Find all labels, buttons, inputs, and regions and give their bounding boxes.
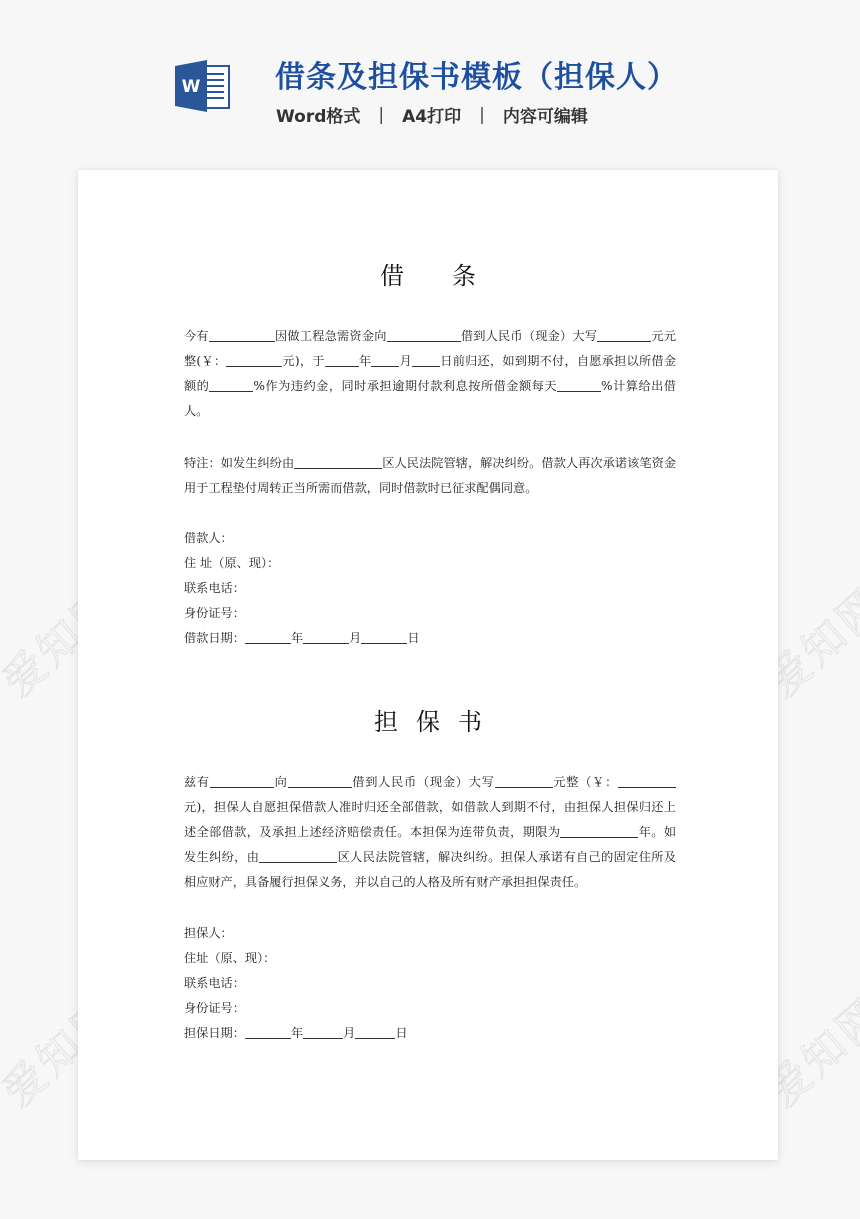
text: 向 (274, 775, 288, 789)
blank-guarantee-year[interactable] (245, 1025, 291, 1039)
guarantee-signature-fields: 担保人： 住址（原、现）： 联系电话： 身份证号： 担保日期：年月日 (184, 921, 584, 1046)
blank-month[interactable] (371, 353, 399, 367)
blank-debtor[interactable] (210, 774, 274, 788)
blank-creditor[interactable] (288, 774, 352, 788)
tag-a4-print: A4打印 (402, 102, 461, 127)
iou-signature-fields: 借款人： 住 址（原、现）： 联系电话： 身份证号： 借款日期：年月日 (184, 526, 584, 651)
loan-date-label: 借款日期： (184, 631, 245, 645)
separator: | (479, 105, 485, 125)
text: 月 (399, 354, 412, 368)
guarantor-label: 担保人： (184, 921, 584, 946)
text: 日 (395, 1026, 407, 1040)
iou-body-paragraph: 今有因做工程急需资金向借到人民币（现金）大写元元整(￥：元)，于年月日前归还，如… (184, 324, 676, 424)
blank-guarantee-day[interactable] (355, 1025, 395, 1039)
text: 月 (343, 1026, 355, 1040)
text: 年 (291, 631, 303, 645)
id-number-label: 身份证号： (184, 996, 584, 1021)
blank-year[interactable] (325, 353, 359, 367)
blank-loan-year[interactable] (245, 630, 291, 644)
blank-court-district[interactable] (259, 849, 337, 863)
text: 日 (407, 631, 419, 645)
borrower-label: 借款人： (184, 526, 584, 551)
header: W 借条及担保书模板（担保人） Word格式 | A4打印 | 内容可编辑 (0, 0, 860, 160)
guarantee-body-paragraph: 兹有向借到人民币（现金）大写元整（￥：元)，担保人自愿担保借款人准时归还全部借款… (184, 770, 676, 895)
blank-daily-interest[interactable] (557, 378, 601, 392)
iou-title: 借条 (78, 256, 778, 291)
blank-guarantee-month[interactable] (303, 1025, 343, 1039)
text: 年 (291, 1026, 303, 1040)
address-label: 住 址（原、现）： (184, 551, 584, 576)
text: 元)，于 (282, 354, 324, 368)
blank-amount-words[interactable] (597, 328, 651, 342)
text: 借到人民币（现金）大写 (461, 329, 598, 343)
format-tags: Word格式 | A4打印 | 内容可编辑 (276, 102, 588, 127)
blank-penalty-rate[interactable] (209, 378, 253, 392)
document-page: 借条 今有因做工程急需资金向借到人民币（现金）大写元元整(￥：元)，于年月日前归… (78, 170, 778, 1160)
phone-label: 联系电话： (184, 971, 584, 996)
page-title: 借条及担保书模板（担保人） (275, 52, 678, 96)
blank-loan-month[interactable] (303, 630, 349, 644)
text: 借到人民币（现金）大写 (352, 775, 495, 789)
blank-amount-number[interactable] (226, 353, 282, 367)
blank-borrower[interactable] (209, 328, 275, 342)
text: 月 (349, 631, 361, 645)
text: %作为违约金，同时承担逾期付款利息按所借金额每天 (253, 379, 557, 393)
id-number-label: 身份证号： (184, 601, 584, 626)
address-label: 住址（原、现）： (184, 946, 584, 971)
loan-date-row: 借款日期：年月日 (184, 626, 584, 651)
blank-day[interactable] (412, 353, 440, 367)
text: 今有 (184, 329, 209, 343)
blank-amount-number[interactable] (618, 774, 676, 788)
text: 特注：如发生纠纷由 (184, 456, 294, 470)
blank-guarantee-term[interactable] (560, 824, 638, 838)
blank-lender[interactable] (387, 328, 461, 342)
text: 因做工程急需资金向 (275, 329, 387, 343)
blank-amount-words[interactable] (495, 774, 553, 788)
blank-loan-day[interactable] (361, 630, 407, 644)
separator: | (378, 105, 384, 125)
tag-editable: 内容可编辑 (503, 102, 588, 127)
text: 兹有 (184, 775, 210, 789)
text: 元整（￥： (553, 775, 618, 789)
svg-text:W: W (182, 77, 201, 97)
text: 年 (359, 354, 372, 368)
guarantee-title: 担保书 (78, 702, 778, 737)
iou-special-note: 特注：如发生纠纷由区人民法院管辖，解决纠纷。借款人再次承诺该笔资金用于工程垫付周… (184, 451, 676, 501)
blank-court-district[interactable] (294, 455, 382, 469)
word-doc-icon: W (175, 60, 231, 112)
guarantee-date-row: 担保日期：年月日 (184, 1021, 584, 1046)
tag-word-format: Word格式 (276, 102, 360, 127)
phone-label: 联系电话： (184, 576, 584, 601)
guarantee-date-label: 担保日期： (184, 1026, 245, 1040)
